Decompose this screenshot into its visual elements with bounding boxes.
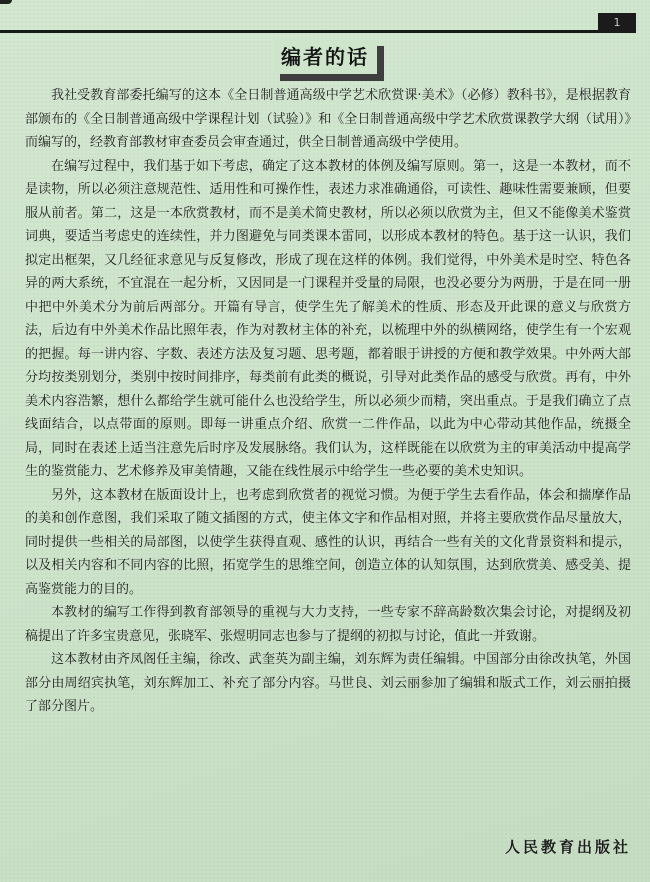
publisher-imprint: 人民教育出版社 [505,836,631,857]
paragraph-2: 在编写过程中，我们基于如下考虑，确定了这本教材的体例及编写原则。第一，这是一本教… [25,155,631,484]
scan-artifact [0,0,12,4]
page-number-badge: 1 [598,13,636,33]
paragraph-3: 另外，这本教材在版面设计上，也考虑到欣赏者的视觉习惯。为便于学生去看作品，体会和… [25,484,631,602]
page-title: 编者的话 [273,39,377,74]
preface-body: 我社受教育部委托编写的这本《全日制普通高级中学艺术欣赏课·美术》（必修）教科书》… [25,84,631,719]
paragraph-4: 本教材的编写工作得到教育部领导的重视与大力支持，一些专家不辞高龄数次集会讨论，对… [25,601,631,648]
paragraph-1: 我社受教育部委托编写的这本《全日制普通高级中学艺术欣赏课·美术》（必修）教科书》… [25,84,631,155]
paragraph-5: 这本教材由齐凤阁任主编，徐改、武奎英为副主编，刘东辉为责任编辑。中国部分由徐改执… [25,648,631,719]
book-page: 1 编者的话 我社受教育部委托编写的这本《全日制普通高级中学艺术欣赏课·美术》（… [0,0,650,882]
header-rule [0,30,601,33]
